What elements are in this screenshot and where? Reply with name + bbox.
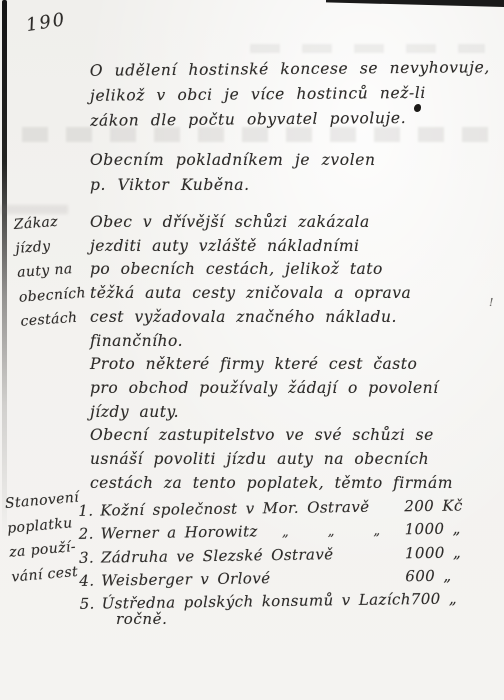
text-line: finančního. xyxy=(90,330,488,354)
text-line: Obecní zastupitelstvo ve své schůzi se xyxy=(90,424,488,448)
item-amount: 700 „ xyxy=(411,587,489,611)
text-line: Obec v dřívější schůzi zakázala xyxy=(90,211,488,235)
list-footer-rocne: ročně. xyxy=(116,610,168,628)
item-number: 3. xyxy=(79,547,101,570)
item-spacer xyxy=(334,558,406,559)
scanned-manuscript-page: ! 190 O udělení hostinské koncese se nev… xyxy=(0,0,504,700)
item-amount: 600 „ xyxy=(405,564,483,588)
margin-note-line: cestách xyxy=(20,305,89,334)
text-line: cestách za tento poplatek, těmto firmám xyxy=(90,472,488,496)
item-number: 5. xyxy=(80,593,102,616)
paragraph-hostinska-koncese: O udělení hostinské koncese se nevyhovuj… xyxy=(90,55,489,133)
text-line: těžká auta cesty zničovala a oprava xyxy=(90,282,488,306)
item-name: Weisberger v Orlové xyxy=(101,567,270,592)
text-line: O udělení hostinské koncese se nevyhovuj… xyxy=(90,55,488,83)
item-amount: 200 Kč xyxy=(404,494,482,518)
item-name: Zádruha ve Slezské Ostravě xyxy=(101,543,334,569)
left-binding-shadow xyxy=(2,0,7,540)
item-amount: 1000 „ xyxy=(405,541,483,565)
fee-list: 1. Kožní společnost v Mor. Ostravě 200 K… xyxy=(78,494,484,616)
text-line: zákon dle počtu obyvatel povoluje. xyxy=(90,105,488,133)
scan-smudge xyxy=(250,44,485,53)
text-line: po obecních cestách, jelikož tato xyxy=(90,258,488,282)
text-line: Obecním pokladníkem je zvolen xyxy=(90,148,488,173)
text-line: jízdy auty. xyxy=(90,401,488,425)
ditto-marks: „ „ „ xyxy=(258,519,405,544)
item-number: 1. xyxy=(78,500,100,523)
ink-speck: ! xyxy=(489,296,493,309)
item-number: 4. xyxy=(79,570,101,593)
item-name: Werner a Horowitz xyxy=(101,520,258,545)
margin-note-zakaz-jizdy: Zákaz jízdy auty na obecních cestách xyxy=(13,208,88,333)
item-number: 2. xyxy=(79,523,101,546)
text-line: cest vyžadovala značného nákladu. xyxy=(90,306,488,330)
text-line: usnáší povoliti jízdu auty na obecních xyxy=(90,448,488,472)
margin-note-stanoveni-poplatku: Stanovení poplatku za použí- vání cest xyxy=(4,486,87,590)
text-line: Proto některé firmy které cest často xyxy=(90,353,488,377)
text-line: jezditi auty vzláště nákladními xyxy=(90,235,488,259)
page-number: 190 xyxy=(25,9,68,36)
item-spacer xyxy=(271,581,406,583)
text-line: jelikož v obci je více hostinců než-li xyxy=(90,80,488,108)
text-line: p. Viktor Kuběna. xyxy=(90,173,488,198)
item-name: Kožní společnost v Mor. Ostravě xyxy=(100,496,369,523)
text-line: pro obchod používaly žádají o povolení xyxy=(90,377,488,401)
item-amount: 1000 „ xyxy=(404,517,482,541)
top-edge-shadow xyxy=(326,0,504,7)
paragraph-zakaz-aut: Obec v dřívější schůzi zakázala jezditi … xyxy=(90,211,488,495)
paragraph-pokladnik: Obecním pokladníkem je zvolen p. Viktor … xyxy=(90,148,488,198)
